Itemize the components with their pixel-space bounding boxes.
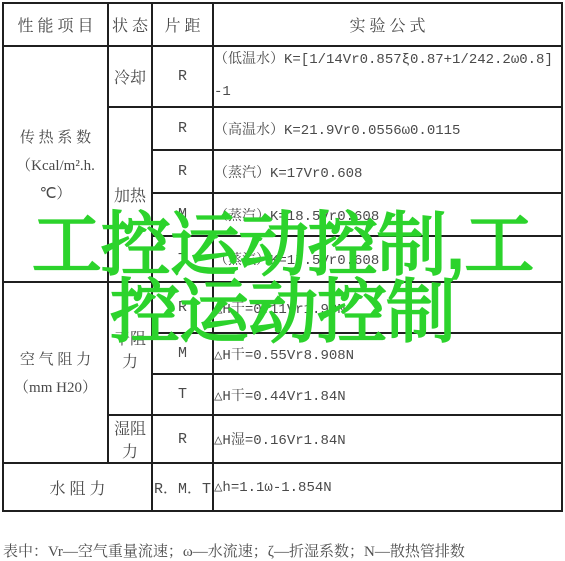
cell-pitch: R．M．T bbox=[152, 463, 213, 511]
heat-transfer-title: 传 热 系 数 bbox=[4, 126, 107, 147]
watermark-text: 工控运动控制,工控运动控制 bbox=[0, 212, 565, 346]
cell-pitch: R bbox=[152, 107, 213, 150]
cell-formula: （蒸汽）K=17Vr0.608 bbox=[213, 150, 562, 193]
cell-formula: （低温水）K=[1/14Vr0.857ξ0.87+1/242.2ω0.8] -1 bbox=[213, 46, 562, 107]
cell-state-wet-resistance: 湿阻力 bbox=[108, 415, 152, 463]
heat-transfer-unit-2: ℃） bbox=[4, 182, 107, 203]
cell-pitch: T bbox=[152, 374, 213, 415]
table-row: 水 阻 力 R．M．T △h=1.1ω-1.854N bbox=[3, 463, 562, 511]
header-fin-pitch: 片 距 bbox=[152, 3, 213, 46]
table-footnote: 表中：Vr—空气重量流速；ω—水流速；ζ—折湿系数；N—散热管排数 bbox=[3, 540, 563, 561]
header-row: 性 能 项 目 状 态 片 距 实 验 公 式 bbox=[3, 3, 562, 46]
cell-formula: △H湿=0.16Vr1.84N bbox=[213, 415, 562, 463]
document-page: 性 能 项 目 状 态 片 距 实 验 公 式 传 热 系 数 （Kcal/m²… bbox=[0, 0, 565, 561]
cell-formula: △H干=0.44Vr1.84N bbox=[213, 374, 562, 415]
air-resistance-title: 空 气 阻 力 bbox=[4, 348, 107, 369]
cell-pitch: R bbox=[152, 415, 213, 463]
formula-line-2: -1 bbox=[214, 84, 561, 102]
cell-state-cooling: 冷却 bbox=[108, 46, 152, 107]
cell-formula: （高温水）K=21.9Vr0.0556ω0.0115 bbox=[213, 107, 562, 150]
header-performance-item: 性 能 项 目 bbox=[3, 3, 108, 46]
cell-formula: △h=1.1ω-1.854N bbox=[213, 463, 562, 511]
cell-pitch: R bbox=[152, 46, 213, 107]
header-experiment-formula: 实 验 公 式 bbox=[213, 3, 562, 46]
formula-line-1: （低温水）K=[1/14Vr0.857ξ0.87+1/242.2ω0.8] bbox=[214, 52, 561, 70]
air-resistance-unit: （mm H20） bbox=[4, 376, 107, 397]
cell-water-resistance: 水 阻 力 bbox=[3, 463, 152, 511]
heat-transfer-unit-1: （Kcal/m².h. bbox=[4, 154, 107, 175]
header-state: 状 态 bbox=[108, 3, 152, 46]
cell-pitch: R bbox=[152, 150, 213, 193]
table-row: 传 热 系 数 （Kcal/m².h. ℃） 冷却 R （低温水）K=[1/14… bbox=[3, 46, 562, 107]
